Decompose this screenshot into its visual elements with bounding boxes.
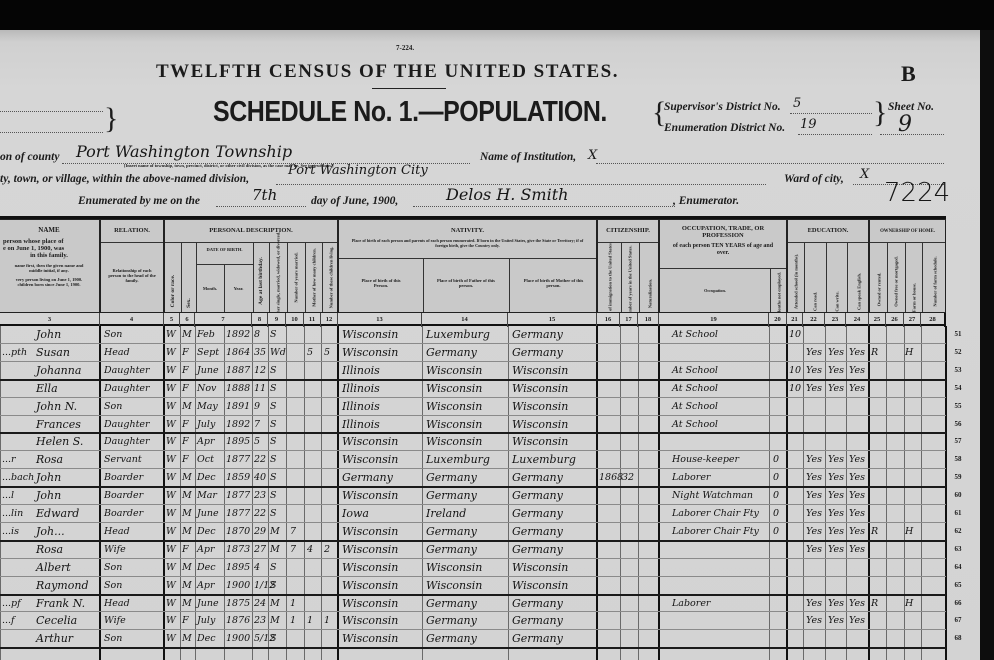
line-number: 61 (948, 509, 968, 517)
cell-year: 1877 (226, 487, 250, 505)
cell-mother-pob: Luxemburg (512, 451, 576, 469)
cell-pob: Wisconsin (342, 595, 398, 613)
cell-age: 22 (254, 451, 266, 469)
cell-color: W (166, 541, 176, 559)
cell-read: Yes (806, 505, 822, 523)
header-text: Owned or rented. (876, 273, 881, 307)
cell-surname: ...pth (2, 344, 27, 362)
cell-write: Yes (828, 541, 844, 559)
header-citizenship: CITIZENSHIP. Year of immigration to the … (597, 219, 659, 313)
column-number: 23 (825, 313, 846, 327)
cell-year: 1875 (226, 595, 250, 613)
line-number: 65 (948, 581, 968, 589)
table-row: JohannaDaughterWFJune188712SIllinoisWisc… (0, 362, 946, 380)
header-text: Months not employed. (777, 272, 782, 313)
column-number: 14 (422, 313, 508, 327)
cell-read: Yes (806, 612, 822, 630)
header-text: of each person TEN YEARS of age and over… (660, 243, 786, 257)
cell-relation: Head (104, 523, 130, 541)
line-number: 56 (948, 420, 968, 428)
line-number: 68 (948, 634, 968, 642)
cell-mne: 0 (773, 523, 779, 541)
cell-month: Dec (197, 523, 216, 541)
cell-given: Cecelia (36, 612, 77, 630)
cell-mother-pob: Germany (512, 505, 563, 523)
header-text: Age at last birthday. (258, 257, 264, 305)
cell-pob: Wisconsin (342, 487, 398, 505)
header-title: RELATION. (101, 227, 163, 234)
cell-marital: S (270, 505, 277, 523)
enumeration-district-value: 19 (800, 117, 817, 132)
cell-write: Yes (828, 612, 844, 630)
cell-relation: Son (104, 398, 122, 416)
enumerated-label: Enumerated by me on the (78, 195, 200, 207)
column-number: 10 (286, 313, 304, 327)
division-value: Port Washington Township (76, 142, 292, 161)
cell-given: Helen S. (36, 433, 83, 451)
cell-eng: Yes (849, 380, 865, 398)
cell-living: 1 (324, 612, 330, 630)
cell-mother-pob: Germany (512, 326, 563, 344)
cell-mother-pob: Germany (512, 487, 563, 505)
cell-school: 10 (789, 362, 801, 380)
column-number: 3 (0, 313, 100, 327)
cell-father: Germany (426, 541, 477, 559)
cell-marital: S (270, 380, 277, 398)
cell-mother-pob: Wisconsin (512, 398, 568, 416)
cell-pob: Germany (342, 469, 393, 487)
institution-value: X (588, 148, 597, 163)
cell-year: 1888 (226, 380, 250, 398)
cell-father: Wisconsin (426, 362, 482, 380)
cell-relation: Son (104, 630, 122, 648)
cell-year: 1891 (226, 398, 250, 416)
cell-relation: Boarder (104, 487, 143, 505)
cell-mother-pob: Germany (512, 344, 563, 362)
cell-read: Yes (806, 451, 822, 469)
column-number: 26 (886, 313, 904, 327)
cell-marital: M (270, 612, 280, 630)
cell-pob: Wisconsin (342, 612, 398, 630)
cell-year: 1887 (226, 362, 250, 380)
cell-relation: Head (104, 595, 130, 613)
column-number: 12 (321, 313, 338, 327)
cell-mne: 0 (773, 505, 779, 523)
cell-marital: S (270, 577, 277, 595)
cell-marital: S (270, 559, 277, 577)
header-text: Color or race. (170, 275, 176, 308)
cell-year: 1895 (226, 559, 250, 577)
cell-ym: 7 (290, 541, 296, 559)
line-number: 64 (948, 563, 968, 571)
cell-own: R (871, 595, 878, 613)
cell-year: 1892 (226, 416, 250, 434)
column-number: 9 (268, 313, 286, 327)
cell-read: Yes (806, 344, 822, 362)
cell-relation: Son (104, 326, 122, 344)
column-number: 16 (597, 313, 620, 327)
cell-year: 1873 (226, 541, 250, 559)
line-number: 63 (948, 545, 968, 553)
cell-marital: S (270, 487, 277, 505)
table-row: Helen S.DaughterWFApr18955SWisconsinWisc… (0, 433, 946, 451)
column-number: 6 (180, 313, 195, 327)
table-row: EllaDaughterWFNov188811SIllinoisWisconsi… (0, 380, 946, 398)
cell-pob: Illinois (342, 362, 380, 380)
cell-sex: M (182, 630, 192, 648)
cell-color: W (166, 362, 176, 380)
table-row: JohnSonWMFeb18928SWisconsinLuxemburgGerm… (0, 326, 946, 344)
column-number: 21 (787, 313, 803, 327)
cell-age: 22 (254, 505, 266, 523)
header-text: Owned free or mortgaged. (894, 256, 899, 307)
cell-month: June (197, 505, 219, 523)
cell-month: July (197, 416, 215, 434)
cell-pob: Wisconsin (342, 523, 398, 541)
cell-mother-pob: Germany (512, 523, 563, 541)
header-text: in this family. (0, 252, 99, 259)
cell-free: H (905, 523, 913, 541)
cell-color: W (166, 433, 176, 451)
cell-given: Frances (36, 416, 81, 434)
cell-marital: Wd (270, 344, 286, 362)
enumerator-label: , Enumerator. (673, 195, 739, 207)
cell-father: Wisconsin (426, 416, 482, 434)
cell-year: 1892 (226, 326, 250, 344)
cell-given: Johanna (36, 362, 81, 380)
cell-father: Germany (426, 469, 477, 487)
cell-month: June (197, 362, 219, 380)
cell-occ: Night Watchman (672, 487, 753, 505)
cell-occ: At School (672, 416, 718, 434)
cell-year: 1876 (226, 612, 250, 630)
cell-color: W (166, 469, 176, 487)
cell-pob: Wisconsin (342, 344, 398, 362)
cell-color: W (166, 487, 176, 505)
cell-father: Germany (426, 523, 477, 541)
cell-pob: Iowa (342, 505, 369, 523)
header-relation: RELATION. Relationship of each person to… (100, 219, 164, 313)
cell-father: Germany (426, 344, 477, 362)
header-text: Mother of how many children. (311, 248, 316, 306)
blank-line (790, 113, 872, 114)
table-row: ...fCeceliaWifeWFJuly187623M111Wisconsin… (0, 612, 946, 630)
cell-pob: Wisconsin (342, 451, 398, 469)
cell-father: Germany (426, 630, 477, 648)
cell-read: Yes (806, 380, 822, 398)
header-text: Can speak English. (856, 273, 861, 310)
cell-mother-pob: Wisconsin (512, 433, 568, 451)
cell-month: Apr (197, 577, 214, 595)
district-brace-right: } (873, 98, 887, 128)
cell-eng: Yes (849, 469, 865, 487)
cell-relation: Daughter (104, 433, 150, 451)
cell-year: 1859 (226, 469, 250, 487)
cell-month: Feb (197, 326, 215, 344)
blank-line (880, 134, 944, 135)
cell-father: Wisconsin (426, 577, 482, 595)
column-number: 19 (659, 313, 769, 327)
cell-mother-pob: Germany (512, 469, 563, 487)
cell-pob: Illinois (342, 380, 380, 398)
cell-own: R (871, 344, 878, 362)
cell-occ: At School (672, 326, 718, 344)
cell-given: John (36, 487, 61, 505)
table-row: ...linEdwardBoarderWMJune187722SIowaIrel… (0, 505, 946, 523)
cell-occ: At School (672, 398, 718, 416)
cell-sex: F (182, 344, 189, 362)
cell-read: Yes (806, 523, 822, 541)
cell-month: Oct (197, 451, 214, 469)
cell-mother-pob: Wisconsin (512, 362, 568, 380)
cell-father: Wisconsin (426, 433, 482, 451)
cell-mne: 0 (773, 487, 779, 505)
cell-marital: S (270, 416, 277, 434)
enumerated-date-text: day of June, 1900, (311, 195, 398, 207)
line-number: 54 (948, 384, 968, 392)
cell-sex: F (182, 541, 189, 559)
line-number: 57 (948, 437, 968, 445)
header-text: Year. (224, 286, 253, 291)
cell-given: Albert (36, 559, 71, 577)
cell-write: Yes (828, 451, 844, 469)
cell-sex: F (182, 362, 189, 380)
cell-age: 11 (254, 380, 266, 398)
cell-surname: ...pf (2, 595, 21, 613)
line-number: 67 (948, 616, 968, 624)
cell-age: 27 (254, 541, 266, 559)
header-personal-description: PERSONAL DESCRIPTION. DATE OF BIRTH. Mon… (164, 219, 338, 313)
cell-month: Mar (197, 487, 217, 505)
column-number: 7 (195, 313, 252, 327)
cell-marital: M (270, 595, 280, 613)
line-number: 66 (948, 599, 968, 607)
cell-age: 5 (254, 433, 260, 451)
cell-given: Rosa (36, 541, 63, 559)
cell-occ: At School (672, 380, 718, 398)
cell-write: Yes (828, 344, 844, 362)
cell-age: 8 (254, 326, 260, 344)
column-number: 22 (803, 313, 825, 327)
cell-year: 1900 (226, 630, 250, 648)
cell-age: 4 (254, 559, 260, 577)
cell-color: W (166, 505, 176, 523)
cell-month: Nov (197, 380, 216, 398)
cell-marital: S (270, 433, 277, 451)
cell-relation: Wife (104, 541, 126, 559)
column-number: 11 (304, 313, 321, 327)
cell-eng: Yes (849, 523, 865, 541)
header-text: Naturalization. (647, 279, 652, 308)
cell-sex: M (182, 505, 192, 523)
cell-marital: S (270, 469, 277, 487)
cell-month: July (197, 612, 215, 630)
cell-living: 2 (324, 541, 330, 559)
cell-relation: Boarder (104, 505, 143, 523)
line-number: 59 (948, 473, 968, 481)
column-number-row: 3 4 5 6 7 8 9 10 11 12 13 14 15 16 17 18… (0, 312, 946, 326)
cell-relation: Head (104, 344, 130, 362)
header-text: Can read. (813, 292, 818, 311)
cell-father: Luxemburg (426, 451, 490, 469)
cell-imm: 1868 (599, 469, 623, 487)
column-number: 5 (164, 313, 180, 327)
cell-marital: M (270, 541, 280, 559)
header-text: children born since June 1, 1900. (0, 282, 99, 287)
cell-eng: Yes (849, 344, 865, 362)
enumerated-day: 7th (252, 186, 277, 204)
cell-pob: Illinois (342, 398, 380, 416)
cell-surname: ...l (2, 487, 14, 505)
header-title: PERSONAL DESCRIPTION. (165, 227, 337, 234)
cell-occ: House-keeper (672, 451, 739, 469)
cell-living: 5 (324, 344, 330, 362)
column-number: 13 (338, 313, 422, 327)
cell-sex: F (182, 416, 189, 434)
cell-ym: 1 (290, 595, 296, 613)
column-number: 27 (904, 313, 921, 327)
city-value: Port Washington City (288, 163, 428, 178)
cell-read: Yes (806, 487, 822, 505)
column-number: 17 (620, 313, 638, 327)
cell-occ: Laborer Chair Fty (672, 505, 759, 523)
cell-color: W (166, 326, 176, 344)
cell-school: 10 (789, 326, 801, 344)
cell-school: 10 (789, 380, 801, 398)
census-title: TWELFTH CENSUS OF THE UNITED STATES. (156, 61, 619, 83)
enumeration-district-label: Enumeration District No. (664, 122, 785, 134)
cell-father: Wisconsin (426, 398, 482, 416)
cell-sex: F (182, 380, 189, 398)
cell-relation: Boarder (104, 469, 143, 487)
cell-pob: Wisconsin (342, 577, 398, 595)
cell-sex: M (182, 469, 192, 487)
cell-own: R (871, 523, 878, 541)
cell-surname: ...is (2, 523, 19, 541)
header-text: Can write. (834, 291, 839, 311)
cell-marital: S (270, 398, 277, 416)
header-title: NAME (0, 226, 99, 234)
cell-mother-pob: Germany (512, 630, 563, 648)
cell-marital: S (270, 451, 277, 469)
column-number: 24 (846, 313, 869, 327)
cell-sex: M (182, 595, 192, 613)
table-row: ...rRosaServantWFOct187722SWisconsinLuxe… (0, 451, 946, 469)
header-text: Number of farm schedule. (932, 256, 937, 306)
cell-color: W (166, 612, 176, 630)
table-row: RaymondSonWMApr19001/12SWisconsinWiscons… (0, 577, 946, 595)
header-text: e on June 1, 1900, was (0, 245, 99, 252)
header-text: Occupation. (660, 288, 770, 293)
cell-sex: F (182, 433, 189, 451)
cell-given: John N. (36, 398, 77, 416)
cell-sex: M (182, 398, 192, 416)
cell-given: Frank N. (36, 595, 85, 613)
header-text: Number of years married. (294, 252, 299, 302)
city-label: ty, town, or village, within the above-n… (0, 173, 249, 185)
header-title: EDUCATION. (788, 227, 868, 234)
enumerator-name: Delos H. Smith (446, 185, 568, 204)
column-number: 15 (508, 313, 597, 327)
header-text: Place of birth of Father of this person. (423, 278, 509, 288)
blank-line (216, 206, 306, 207)
form-number: 7-224. (396, 44, 414, 52)
cell-occ: Laborer (672, 469, 710, 487)
cell-mother: 1 (307, 612, 313, 630)
cell-mother-pob: Germany (512, 595, 563, 613)
supervisor-district-value: 5 (793, 96, 801, 111)
cell-mother-pob: Germany (512, 612, 563, 630)
cell-given: Ella (36, 380, 58, 398)
header-text: Attended school (in months). (794, 254, 799, 309)
header-text: DATE OF BIRTH. (196, 247, 253, 252)
cell-eng: Yes (849, 612, 865, 630)
left-brace: } (104, 104, 118, 134)
cell-age: 29 (254, 523, 266, 541)
cell-year: 1877 (226, 451, 250, 469)
cell-age: 12 (254, 362, 266, 380)
line-number: 52 (948, 348, 968, 356)
cell-relation: Son (104, 559, 122, 577)
column-number: 4 (100, 313, 164, 327)
header-text: middle initial, if any. (0, 268, 99, 273)
header-nativity: NATIVITY. Place of birth of each person … (338, 219, 597, 313)
header-text: Whether single, married, widowed, or div… (276, 232, 281, 313)
table-row: AlbertSonWMDec18954SWisconsinWisconsinWi… (0, 559, 946, 577)
cell-relation: Daughter (104, 416, 150, 434)
cell-ym: 7 (290, 523, 296, 541)
cell-write: Yes (828, 380, 844, 398)
line-number: 55 (948, 402, 968, 410)
supervisor-district-label: Supervisor's District No. (664, 101, 781, 113)
cell-year: 1900 (226, 577, 250, 595)
cell-given: John (36, 469, 61, 487)
cell-sex: M (182, 487, 192, 505)
cell-father: Wisconsin (426, 380, 482, 398)
cell-marital: S (270, 326, 277, 344)
header-text: Number of these children living. (328, 247, 333, 309)
header-text: Year of immigration to the United States… (607, 242, 612, 313)
blank-line (0, 132, 103, 133)
cell-sex: M (182, 326, 192, 344)
cell-eng: Yes (849, 362, 865, 380)
cell-color: W (166, 577, 176, 595)
column-number: 18 (638, 313, 659, 327)
cell-write: Yes (828, 505, 844, 523)
cell-marital: M (270, 523, 280, 541)
cell-write: Yes (828, 523, 844, 541)
cell-year: 1895 (226, 433, 250, 451)
cell-read: Yes (806, 541, 822, 559)
cell-pob: Wisconsin (342, 630, 398, 648)
cell-age: 24 (254, 595, 266, 613)
line-number: 58 (948, 455, 968, 463)
cell-age: 9 (254, 398, 260, 416)
cell-given: Joh... (36, 523, 65, 541)
cell-surname: ...r (2, 451, 16, 469)
cell-age: 23 (254, 487, 266, 505)
cell-marital: S (270, 630, 277, 648)
header-ownership: OWNERSHIP OF HOME. Owned or rented. Owne… (869, 219, 946, 313)
stamp-number: 7224 (884, 178, 950, 208)
cell-given: Susan (36, 344, 70, 362)
cell-write: Yes (828, 362, 844, 380)
cell-eng: Yes (849, 451, 865, 469)
column-number: 20 (769, 313, 787, 327)
header-text: Farm or house. (911, 283, 916, 312)
table-row: FrancesDaughterWFJuly18927SIllinoisWisco… (0, 416, 946, 434)
cell-read: Yes (806, 469, 822, 487)
